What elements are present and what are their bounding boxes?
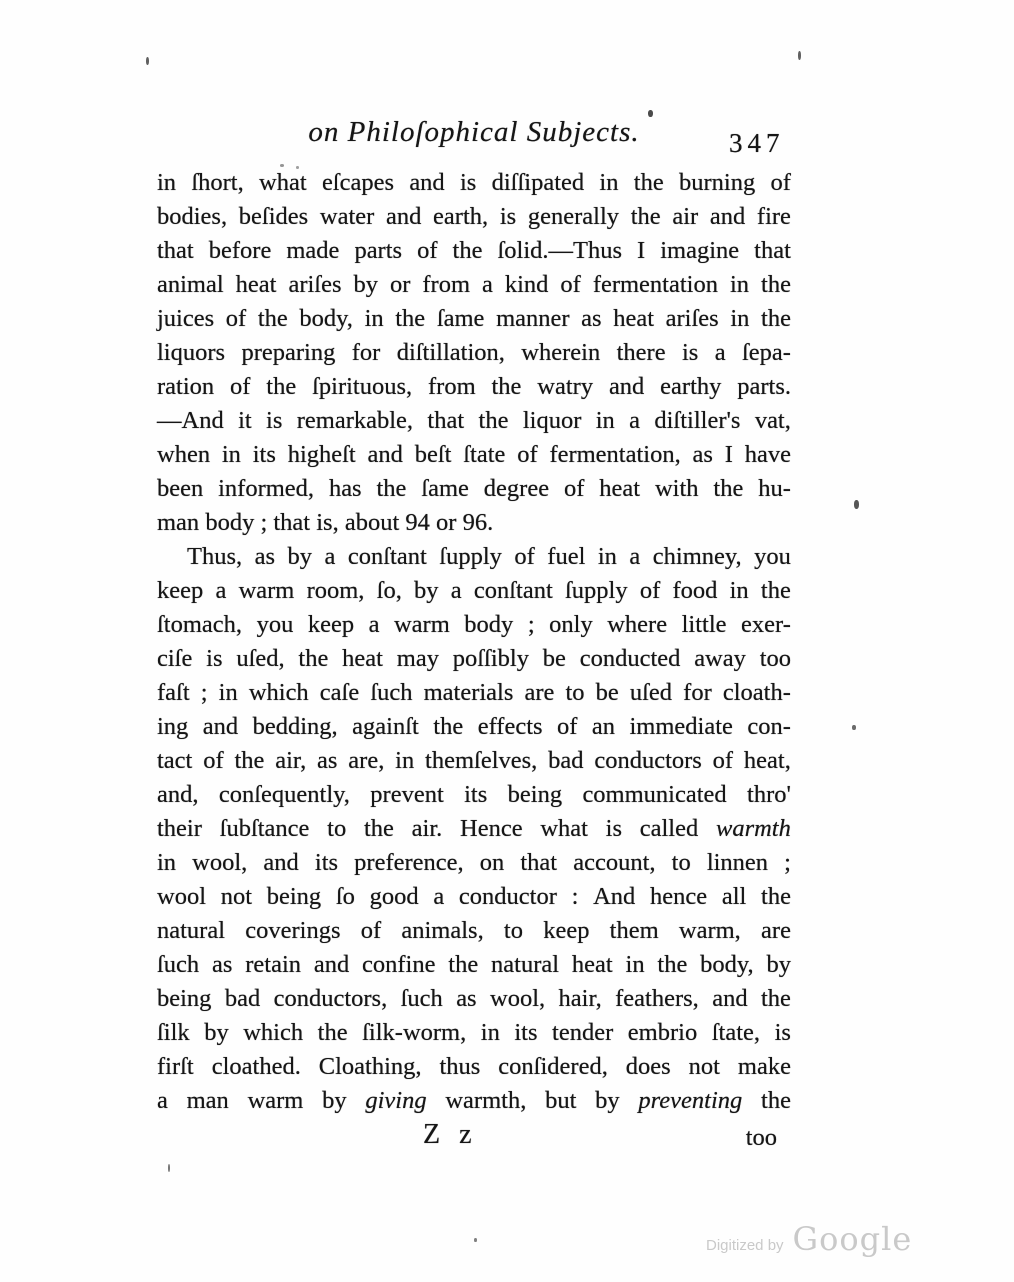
page-number: 347 (729, 126, 785, 160)
text-line: and,conſequently,preventitsbeingcommunic… (157, 778, 791, 812)
catchword: too (746, 1121, 777, 1155)
text-line: —Anditisremarkable,thattheliquorinadiſti… (157, 404, 791, 438)
scan-speck (474, 1238, 477, 1242)
text-line: man body ; that is, about 94 or 96. (157, 506, 791, 540)
watermark-prefix: Digitized by (706, 1237, 784, 1254)
text-line: amanwarmbygivingwarmth,butbypreventingth… (157, 1084, 791, 1118)
scan-speck (854, 500, 859, 509)
text-line: rationoftheſpirituous,fromthewatryandear… (157, 370, 791, 404)
google-logo: Google (793, 1220, 913, 1258)
text-line: inſhort,whateſcapesandisdiſſipatedintheb… (157, 166, 791, 200)
text-line: liquorspreparingfordiſtillation,whereint… (157, 336, 791, 370)
text-line: naturalcoveringsofanimals,tokeepthemwarm… (157, 914, 791, 948)
scan-speck (146, 57, 149, 65)
scan-speck (852, 725, 856, 730)
text-line: bodies,beſideswaterandearth,isgenerallyt… (157, 200, 791, 234)
text-line: theirſubſtancetotheair.Hencewhatiscalled… (157, 812, 791, 846)
text-line: tactoftheair,asare,inthemſelves,badcondu… (157, 744, 791, 778)
page-footer: Z z too (157, 1118, 791, 1154)
scan-speck (648, 110, 653, 117)
text-line: ſuchasretainandconfinethenaturalheatinth… (157, 948, 791, 982)
running-header-title: on Philoſophical Subjects. (157, 111, 791, 153)
scanned-book-page: on Philoſophical Subjects. 347 inſhort,w… (0, 0, 1014, 1282)
scan-speck (168, 1164, 170, 1172)
text-line: juicesofthebody,intheſamemannerasheatari… (157, 302, 791, 336)
text-line: ſtomach,youkeepawarmbody;onlywherelittle… (157, 608, 791, 642)
scan-speck (798, 51, 801, 60)
text-line: ingandbedding,againſttheeffectsofanimmed… (157, 710, 791, 744)
text-line: faſt;inwhichcaſeſuchmaterialsaretobeuſed… (157, 676, 791, 710)
text-line: beingbadconductors,ſuchaswool,hair,feath… (157, 982, 791, 1016)
digitization-watermark: Digitized by Google (706, 1220, 912, 1258)
text-line: woolnotbeingſogoodaconductor:Andhenceall… (157, 880, 791, 914)
text-line: animalheatariſesbyorfromakindoffermentat… (157, 268, 791, 302)
text-line: Thus,asbyaconſtantſupplyoffuelinachimney… (157, 540, 791, 574)
signature-mark: Z z (423, 1118, 478, 1152)
text-line: ſilkbywhichtheſilk-worm,initstenderembri… (157, 1016, 791, 1050)
text-line: keepawarmroom,ſo,byaconſtantſupplyoffood… (157, 574, 791, 608)
text-line: thatbeforemadepartsoftheſolid.—ThusIimag… (157, 234, 791, 268)
text-block: inſhort,whateſcapesandisdiſſipatedintheb… (157, 166, 791, 1118)
text-line: wheninitshigheſtandbeſtſtateoffermentati… (157, 438, 791, 472)
text-line: inwool,anditspreference,onthataccount,to… (157, 846, 791, 880)
text-line: ciſeisuſed,theheatmaypoſſiblybeconducted… (157, 642, 791, 676)
text-line: firſtcloathed.Cloathing,thusconſidered,d… (157, 1050, 791, 1084)
scan-speck (280, 164, 284, 167)
scan-speck (296, 166, 299, 169)
text-line: beeninformed,hastheſamedegreeofheatwitht… (157, 472, 791, 506)
